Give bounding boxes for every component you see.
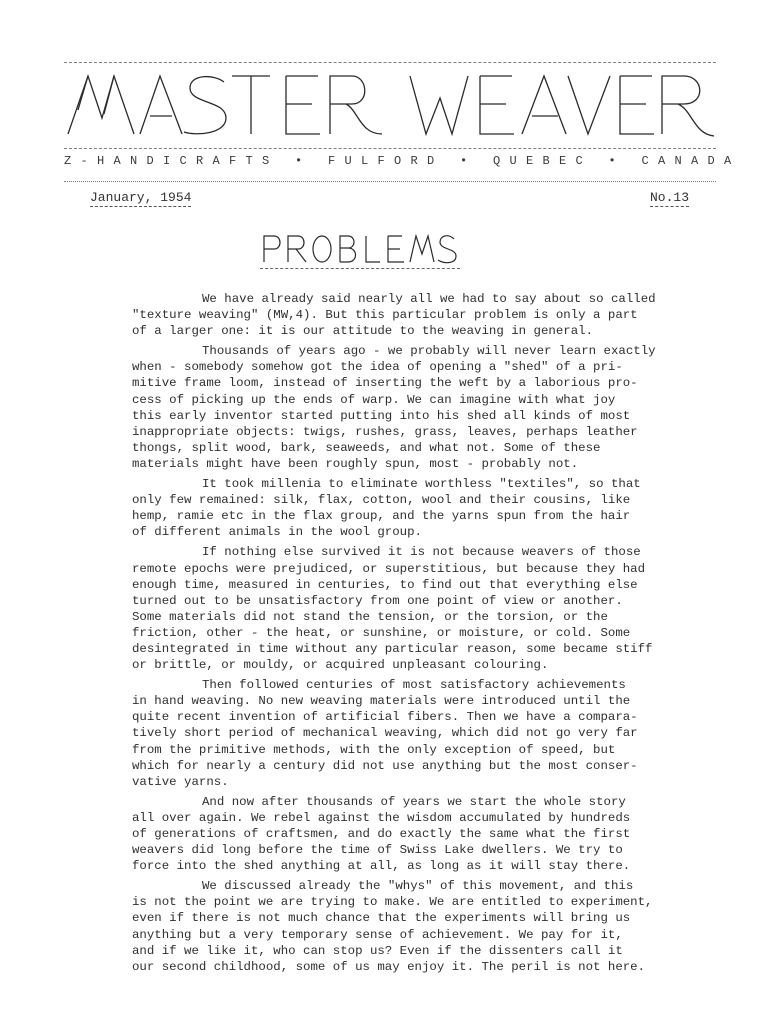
article-paragraph: We discussed already the "whys" of this … [132, 878, 712, 975]
paragraph-line: "texture weaving" (MW,4). But this parti… [132, 307, 712, 323]
paragraph-line: of a larger one: it is our attitude to t… [132, 323, 712, 339]
paragraph-line: desintegrated in time without any partic… [132, 641, 712, 657]
paragraph-line: from the primitive methods, with the onl… [132, 742, 712, 758]
paragraph-line: even if there is not much chance that th… [132, 910, 712, 926]
paragraph-line: weavers did long before the time of Swis… [132, 842, 712, 858]
article-paragraph: Thousands of years ago - we probably wil… [132, 343, 712, 472]
paragraph-line: vative yarns. [132, 774, 712, 790]
paragraph-line: all over again. We rebel against the wis… [132, 810, 712, 826]
masthead-title [64, 70, 716, 140]
paragraph-line: tively short period of mechanical weavin… [132, 725, 712, 741]
paragraph-line: If nothing else survived it is not becau… [132, 544, 712, 560]
paragraph-line: our second childhood, some of us may enj… [132, 959, 712, 975]
article-paragraph: And now after thousands of years we star… [132, 794, 712, 874]
article-paragraph: If nothing else survived it is not becau… [132, 544, 712, 673]
paragraph-line: materials might have been roughly spun, … [132, 456, 712, 472]
paragraph-line: Some materials did not stand the tension… [132, 609, 712, 625]
paragraph-line: is not the point we are trying to make. … [132, 894, 712, 910]
paragraph-line: turned out to be unsatisfactory from one… [132, 593, 712, 609]
paragraph-line: mitive frame loom, instead of inserting … [132, 375, 712, 391]
masthead-middle-rule [64, 148, 716, 149]
masthead-bottom-rule [64, 181, 716, 182]
paragraph-line: hemp, ramie etc in the flax group, and t… [132, 508, 712, 524]
paragraph-line: cess of picking up the ends of warp. We … [132, 392, 712, 408]
paragraph-line: We have already said nearly all we had t… [132, 291, 712, 307]
paragraph-line: Then followed centuries of most satisfac… [132, 677, 712, 693]
issue-date: January, 1954 [90, 190, 191, 207]
paragraph-line: of different animals in the wool group. [132, 524, 712, 540]
article-paragraph: We have already said nearly all we had t… [132, 291, 712, 339]
issue-number: No.13 [650, 190, 689, 207]
article-title [260, 228, 460, 269]
paragraph-line: quite recent invention of artificial fib… [132, 709, 712, 725]
paragraph-line: of generations of craftsmen, and do exac… [132, 826, 712, 842]
paragraph-line: when - somebody somehow got the idea of … [132, 359, 712, 375]
paragraph-line: We discussed already the "whys" of this … [132, 878, 712, 894]
publisher-line: Z-HANDICRAFTS • FULFORD • QUEBEC • CANAD… [64, 154, 716, 168]
article-title-lettering [260, 228, 460, 268]
paragraph-line: only few remained: silk, flax, cotton, w… [132, 492, 712, 508]
paragraph-line: enough time, measured in centuries, to f… [132, 577, 712, 593]
article-paragraph: It took millenia to eliminate worthless … [132, 476, 712, 540]
article-body: We have already said nearly all we had t… [132, 291, 712, 979]
paragraph-line: in hand weaving. No new weaving material… [132, 693, 712, 709]
masthead-lettering [64, 70, 716, 140]
paragraph-line: remote epochs were prejudiced, or supers… [132, 561, 712, 577]
paragraph-line: anything but a very temporary sense of a… [132, 927, 712, 943]
paragraph-line: and if we like it, who can stop us? Even… [132, 943, 712, 959]
paragraph-line: this early inventor started putting into… [132, 408, 712, 424]
paragraph-line: inappropriate objects: twigs, rushes, gr… [132, 424, 712, 440]
masthead-top-rule [64, 62, 716, 63]
paragraph-line: Thousands of years ago - we probably wil… [132, 343, 712, 359]
paragraph-line: thongs, split wood, bark, seaweeds, and … [132, 440, 712, 456]
paragraph-line: And now after thousands of years we star… [132, 794, 712, 810]
paragraph-line: force into the shed anything at all, as … [132, 858, 712, 874]
paragraph-line: which for nearly a century did not use a… [132, 758, 712, 774]
paragraph-line: It took millenia to eliminate worthless … [132, 476, 712, 492]
paragraph-line: or brittle, or mouldy, or acquired unple… [132, 657, 712, 673]
article-paragraph: Then followed centuries of most satisfac… [132, 677, 712, 790]
paragraph-line: friction, other - the heat, or sunshine,… [132, 625, 712, 641]
